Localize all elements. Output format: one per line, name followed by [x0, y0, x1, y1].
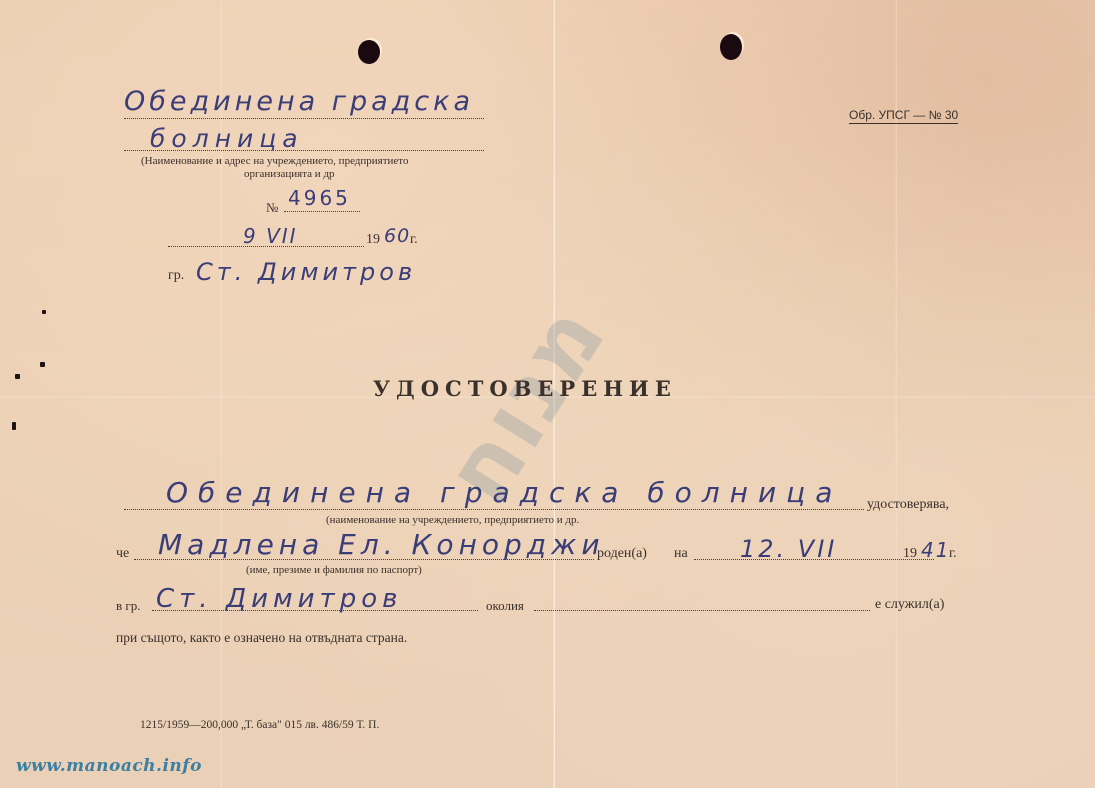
body-line1-underline	[124, 509, 864, 510]
body-institution-handwritten: Обединена градска болница	[166, 476, 842, 509]
printer-imprint: 1215/1959—200,000 „Т. база" 015 лв. 486/…	[140, 719, 379, 731]
speck	[42, 310, 46, 314]
institution-caption-line2: организацията и др	[244, 168, 335, 180]
date-underline	[168, 246, 364, 247]
number-underline	[284, 211, 360, 212]
body-line4: при същото, както е означено на отвъднат…	[116, 630, 407, 646]
speck	[40, 362, 45, 367]
date-year-unit: г.	[410, 232, 418, 248]
document-title: УДОСТОВЕРЕНИЕ	[373, 376, 677, 401]
institution-caption-line1: (Наименование и адрес на учреждението, п…	[141, 155, 408, 167]
body-line2-caption: (име, презиме и фамилия по паспорт)	[246, 564, 422, 576]
punch-hole-left	[358, 40, 380, 64]
number-value: 4965	[288, 186, 351, 210]
institution-handwritten-line1: Обединена градска	[124, 86, 474, 117]
body-district-underline	[534, 610, 870, 611]
body-line2-prefix: че	[116, 546, 129, 562]
institution-underline-1	[124, 118, 484, 119]
site-watermark: www.manoach.info	[16, 756, 202, 776]
body-line1-caption: (наименование на учреждението, предприят…	[326, 514, 579, 526]
body-person-name: Мадлена Ел. Конорджи	[158, 528, 605, 561]
body-line3-suffix: е служил(а)	[875, 597, 944, 613]
body-birth-year-suffix: 41	[921, 538, 950, 562]
body-line1-suffix: удостоверява,	[867, 497, 949, 513]
form-code: Обр. УПСГ — № 30	[849, 108, 958, 124]
body-birth-day-month: 12. VII	[740, 535, 837, 563]
speck	[15, 374, 20, 379]
body-district-label: околия	[486, 598, 524, 614]
city-label: гр.	[168, 268, 184, 284]
body-birth-year-prefix: 19	[903, 546, 917, 562]
body-line3-prefix: в гр.	[116, 598, 140, 614]
institution-underline-2	[124, 150, 484, 151]
body-birth-year-unit: г.	[949, 546, 957, 562]
speck	[12, 422, 16, 430]
body-on-label: на	[674, 546, 688, 562]
body-born-label: роден(а)	[597, 546, 647, 562]
city-value: Ст. Димитров	[196, 258, 416, 286]
number-label: №	[266, 200, 278, 216]
date-year-suffix: 60	[384, 225, 410, 247]
body-line2-name-underline	[134, 559, 594, 560]
institution-handwritten-line2: болница	[150, 124, 304, 153]
body-city-underline	[152, 610, 478, 611]
punch-hole-right	[720, 34, 742, 60]
date-day-month: 9 VII	[243, 224, 298, 248]
date-year-prefix: 19	[366, 232, 380, 248]
